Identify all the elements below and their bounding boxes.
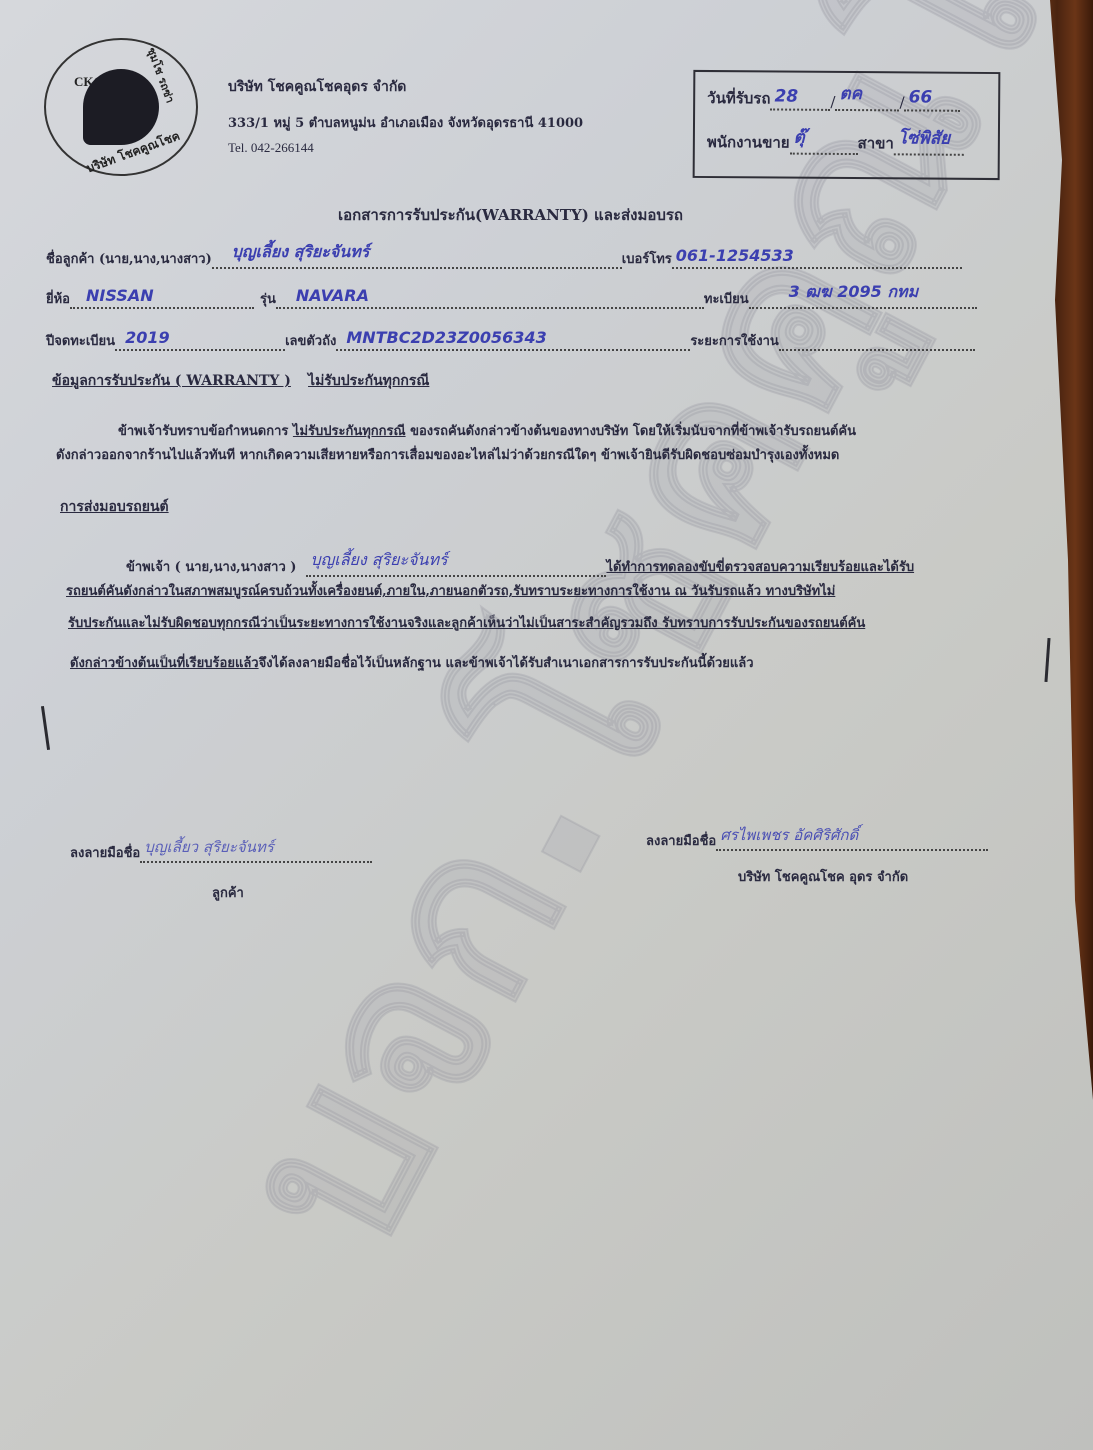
company-phone: Tel. 042-266144 <box>228 140 314 156</box>
horse-emblem-icon <box>83 69 159 145</box>
brand-label: ยี่ห้อ <box>46 288 70 309</box>
received-date-row: วันที่รับรถ 28 / ตค / 66 <box>707 86 961 112</box>
customer-name-label: ชื่อลูกค้า (นาย,นาง,นางสาว) <box>46 248 212 269</box>
delivery-line-4: ดังกล่าวข้างต้นเป็นที่เรียบร้อยแล้วจึงได… <box>70 652 754 673</box>
delivery-lead-label: ข้าพเจ้า ( นาย,นาง,นางสาว ) <box>126 556 296 577</box>
registration-field: 3 ฒฆ 2095 กทม <box>749 291 977 309</box>
customer-signature-field: บุญเลี้ยว สุริยะจันทร์ <box>140 843 372 863</box>
chassis-field: MNTBC2D23Z0056343 <box>336 333 690 351</box>
branch-label: สาขา <box>857 131 893 155</box>
warranty-heading-row: ข้อมูลการรับประกัน ( WARRANTY ) ไม่รับปร… <box>52 370 429 392</box>
delivery-line-2: รถยนต์คันดังกล่าวในสภาพสมบูรณ์ครบถ้วนทั้… <box>66 580 835 601</box>
company-signature-field: ศรไพเพชร อัคศิริศักดิ์ <box>716 831 988 851</box>
reg-year-field: 2019 <box>115 333 285 351</box>
warranty-paragraph-line-2: ดังกล่าวออกจากร้านไปแล้วทันที หากเกิดควา… <box>56 444 839 465</box>
vehicle-brand-row: ยี่ห้อ NISSAN รุ่น NAVARA ทะเบียน 3 ฒฆ 2… <box>46 288 977 309</box>
salesperson-field: ตุ๊ <box>789 135 857 155</box>
salesperson-label: พนักงานขาย <box>707 130 790 155</box>
stray-pen-mark <box>41 706 50 750</box>
brand-field: NISSAN <box>70 291 254 309</box>
received-month-field: ตค <box>835 91 899 111</box>
vehicle-year-row: ปีจดทะเบียน 2019 เลขตัวถัง MNTBC2D23Z005… <box>46 330 975 351</box>
warranty-heading: ข้อมูลการรับประกัน ( WARRANTY ) <box>52 373 291 389</box>
warranty-paragraph-line-1: ข้าพเจ้ารับทราบข้อกำหนดการ ไม่รับประกันท… <box>118 420 856 441</box>
company-logo: CKC ชุมโช รถซ่า บริษัท โชคคูณโชค <box>44 38 198 176</box>
salesperson-row: พนักงานขาย ตุ๊ สาขา โซ่พิสัย <box>707 130 964 156</box>
registration-label: ทะเบียน <box>704 288 749 309</box>
warranty-document-paper: บจก.โชคคูณโชค CKC ชุมโช รถซ่า บริษัท โชค… <box>0 0 1093 1450</box>
stray-pen-mark <box>1044 638 1050 682</box>
phone-field: 061-1254533 <box>672 251 962 269</box>
branch-field: โซ่พิสัย <box>894 135 964 155</box>
customer-signature-row: ลงลายมือชื่อ บุญเลี้ยว สุริยะจันทร์ <box>70 842 372 863</box>
customer-name-row: ชื่อลูกค้า (นาย,นาง,นางสาว) บุญเลี้ยง สุ… <box>46 248 962 269</box>
customer-role-label: ลูกค้า <box>212 882 244 903</box>
phone-label: เบอร์โทร <box>622 248 672 269</box>
mileage-label: ระยะการใช้งาน <box>690 330 778 351</box>
delivery-customer-name-field: บุญเลี้ยง สุริยะจันทร์ <box>306 557 606 577</box>
reg-year-label: ปีจดทะเบียน <box>46 330 115 351</box>
receipt-info-box: วันที่รับรถ 28 / ตค / 66 พนักงานขาย ตุ๊ … <box>693 70 1001 180</box>
company-signature-row: ลงลายมือชื่อ ศรไพเพชร อัคศิริศักดิ์ <box>646 830 988 851</box>
warranty-heading-note: ไม่รับประกันทุกกรณี <box>308 373 429 389</box>
model-label: รุ่น <box>260 288 276 309</box>
customer-signature-label: ลงลายมือชื่อ <box>70 842 140 863</box>
company-address: 333/1 หมู่ 5 ตำบลหนูม่น อำเภอเมือง จังหว… <box>228 112 583 133</box>
delivery-heading: การส่งมอบรถยนต์ <box>60 496 169 518</box>
company-name: บริษัท โชคคูณโชคอุดร จำกัด <box>228 76 406 98</box>
model-field: NAVARA <box>276 291 704 309</box>
document-title: เอกสารการรับประกัน(WARRANTY) และส่งมอบรถ <box>338 203 683 227</box>
mileage-field <box>779 333 975 351</box>
company-signature-label: ลงลายมือชื่อ <box>646 830 716 851</box>
delivery-line-3: รับประกันและไม่รับผิดชอบทุกกรณีว่าเป็นระ… <box>68 612 865 633</box>
chassis-label: เลขตัวถัง <box>285 330 336 351</box>
customer-name-field: บุญเลี้ยง สุริยะจันทร์ <box>212 251 622 269</box>
received-year-field: 66 <box>905 91 961 111</box>
company-role-label: บริษัท โชคคูณโชค อุดร จำกัด <box>738 866 908 887</box>
delivery-line-1: ข้าพเจ้า ( นาย,นาง,นางสาว ) บุญเลี้ยง สุ… <box>126 556 914 577</box>
received-date-label: วันที่รับรถ <box>707 86 770 110</box>
received-day-field: 28 <box>770 90 830 110</box>
